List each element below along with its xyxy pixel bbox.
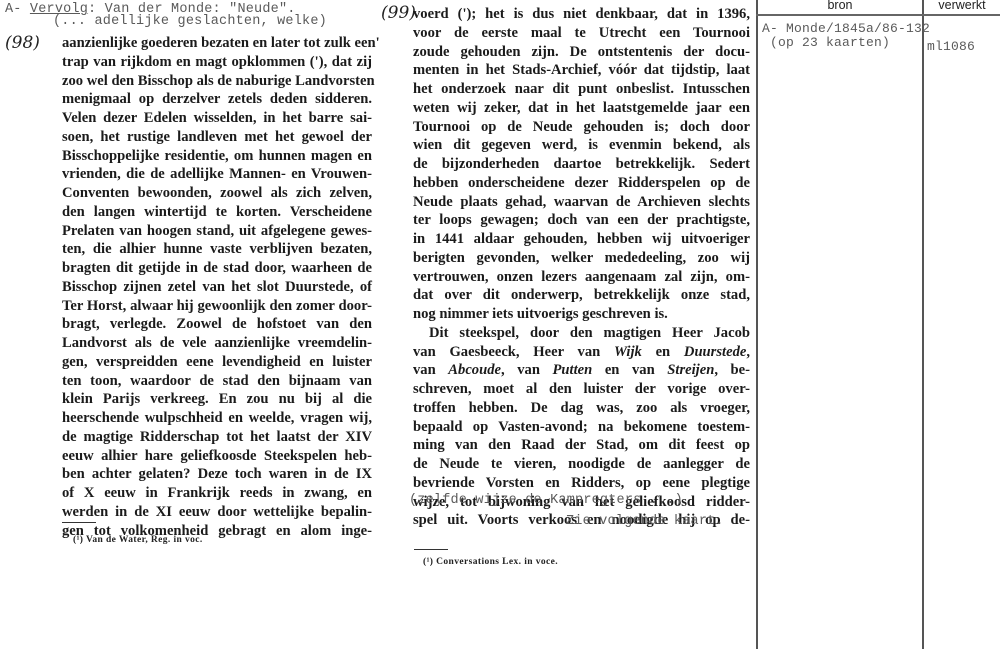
text-line: bragten dit getijde in de stad door, waa… — [62, 259, 372, 278]
text-line: troffen hebben. De dag was, zoo als vroe… — [413, 399, 750, 418]
text-line: Dit steekspel, door den magtigen Heer Ja… — [413, 324, 750, 343]
text-line: weten wij zeker, dat in het laatstgemeld… — [413, 99, 750, 118]
text-fragment: , be- — [714, 362, 750, 378]
text-line: in 1441 aldaar gehouden, hebben wij uitv… — [413, 230, 750, 249]
text-line: Bisschop zijnen zetel van het slot Duurs… — [62, 278, 372, 297]
italic-place-name: Duurstede — [684, 344, 746, 360]
text-fragment: en — [642, 344, 684, 360]
text-line: gen, verspreidden eene levendigheid en l… — [62, 353, 372, 372]
text-line: vertrouwen, onzen lezers aangenaam zal z… — [413, 268, 750, 287]
italic-place-name: Wijk — [614, 344, 642, 360]
footnote-left: (¹) Van de Water, Reg. in voc. — [73, 535, 203, 545]
column-header-verwerkt: verwerkt — [924, 0, 1000, 12]
text-line: menigmaal op derzelver zetels deden sidd… — [62, 90, 372, 109]
bron-source-line2: (op 23 kaarten) — [762, 35, 890, 50]
text-line: het onderzoek naar dit punt onbeslist. I… — [413, 80, 750, 99]
text-line: Velen dezer Edelen wisselden, in het bar… — [62, 109, 372, 128]
text-line: de Neude te vieren, noodigde de aanlegge… — [413, 455, 750, 474]
middle-text-column: voerd ('); het is dus niet denkbaar, dat… — [413, 5, 750, 530]
text-line: dat over dit onderwerp, betrekkelijk onz… — [413, 286, 750, 305]
text-line: ten toon, waardoor de stad den bijnaam v… — [62, 372, 372, 391]
typed-next-card-note: Zie volgende kaart. — [566, 514, 724, 529]
header-continuation: (... adellijke geslachten, welke) — [53, 14, 327, 29]
text-line: Bisschoppelijke residentie, om hunnen ma… — [62, 147, 372, 166]
italic-place-name: Abcoude — [448, 362, 501, 378]
text-line: werden in de XI eeuw door wettelijke bep… — [62, 503, 372, 522]
text-line: Tournooi op de Neude gehouden is; doch d… — [413, 118, 750, 137]
bron-source-line1: A- Monde/1845a/86-132 — [762, 21, 930, 36]
text-line: trap van rijkdom en magt opklommen ('), … — [62, 53, 372, 72]
footnote-rule-left — [62, 522, 96, 523]
text-line: van Gaesbeeck, Heer van Wijk en Duursted… — [413, 343, 750, 362]
page-number-left: (98) — [5, 33, 40, 53]
text-fragment: en van — [592, 362, 667, 378]
text-line: voerd ('); het is dus niet denkbaar, dat… — [413, 5, 750, 24]
footnote-rule-middle — [414, 549, 448, 550]
text-fragment: , van — [501, 362, 553, 378]
verwerkt-value: ml1086 — [927, 39, 975, 54]
table-header-rule — [756, 14, 1000, 16]
text-line: soen, het rustige landleven met het gewo… — [62, 128, 372, 147]
text-line: ben achter gelaten? Deze toch waren in d… — [62, 465, 372, 484]
text-line: nog nimmer iets uitvoerigs geschreven is… — [413, 305, 750, 324]
text-line: ming van den Raad der Stad, om dit feest… — [413, 436, 750, 455]
text-line: ten, die alhier hunne vaste verblijven b… — [62, 240, 372, 259]
text-fragment: van — [413, 362, 448, 378]
text-line: Neude plaats gehad, waarvan de Archieven… — [413, 193, 750, 212]
text-fragment: van Gaesbeeck, Heer van — [413, 344, 614, 360]
text-line: berigten gevonden, welker mededeeling, z… — [413, 249, 750, 268]
left-text-column: aanzienlijke goederen bezaten en later t… — [62, 34, 372, 540]
text-line: hebben onderscheidene dezer Ridderspelen… — [413, 174, 750, 193]
text-line: voor de eerste maal te Utrecht een Tourn… — [413, 24, 750, 43]
text-line: zoo wel den Bisschop als de naburige Lan… — [62, 72, 372, 91]
text-line: Ter Horst, alwaar hij gewoonlijk den zom… — [62, 297, 372, 316]
header-prefix: A- — [5, 2, 22, 17]
table-left-border — [756, 0, 758, 649]
text-line: heerschende wulpschheid en weelde, vrage… — [62, 409, 372, 428]
text-line: aanzienlijke goederen bezaten en later t… — [62, 34, 372, 53]
page-number-middle: (99) — [381, 3, 416, 23]
text-line: klein Parijs verkreeg. En zou nu bij al … — [62, 390, 372, 409]
text-line: den langen wintertijd te korten. Versche… — [62, 203, 372, 222]
text-line: eeuw alhier hare geliefkoosde Steekspele… — [62, 447, 372, 466]
typed-continuation: (zelfde wijze de Kampregters ...) — [409, 493, 683, 508]
text-line: bepaald op Vasten-avond; na bekomene toe… — [413, 418, 750, 437]
text-line: Conventen bewoonden, zoowel als zich zel… — [62, 184, 372, 203]
text-line: ter loops gewagen; doch van een der prac… — [413, 211, 750, 230]
text-line: de magtige Ridderschap tot het laatst de… — [62, 428, 372, 447]
text-line: bragt, verlegde. Zoowel de hofstoet van … — [62, 315, 372, 334]
text-line: Landvorst als de vele aanzienlijke vreem… — [62, 334, 372, 353]
text-line: van Abcoude, van Putten en van Streijen,… — [413, 361, 750, 380]
footnote-middle: (¹) Conversations Lex. in voce. — [423, 557, 558, 567]
text-line: wien dit gegeven werd, is evenmin bekend… — [413, 136, 750, 155]
text-line: of X eeuw in Frankrijk reeds in zwang, e… — [62, 484, 372, 503]
text-line: Prelaten van hoogen stand, uit afgelegen… — [62, 222, 372, 241]
text-line: menten in het Stads-Archief, vóór dat ti… — [413, 61, 750, 80]
text-line: vrienden, die de adellijke Mannen- en Vr… — [62, 165, 372, 184]
text-line: bevriende Vorsten en Ridders, op eene pl… — [413, 474, 750, 493]
table-column-divider — [922, 0, 924, 649]
text-line: de bijzonderheden daartoe betrekkelijk. … — [413, 155, 750, 174]
text-line: schreven, moet al den luister der vorige… — [413, 380, 750, 399]
text-fragment: , — [746, 344, 750, 360]
italic-place-name: Streijen — [667, 362, 714, 378]
italic-place-name: Putten — [553, 362, 593, 378]
text-line: zoude gehouden zijn. De ontstentenis der… — [413, 43, 750, 62]
column-header-bron: bron — [758, 0, 922, 12]
